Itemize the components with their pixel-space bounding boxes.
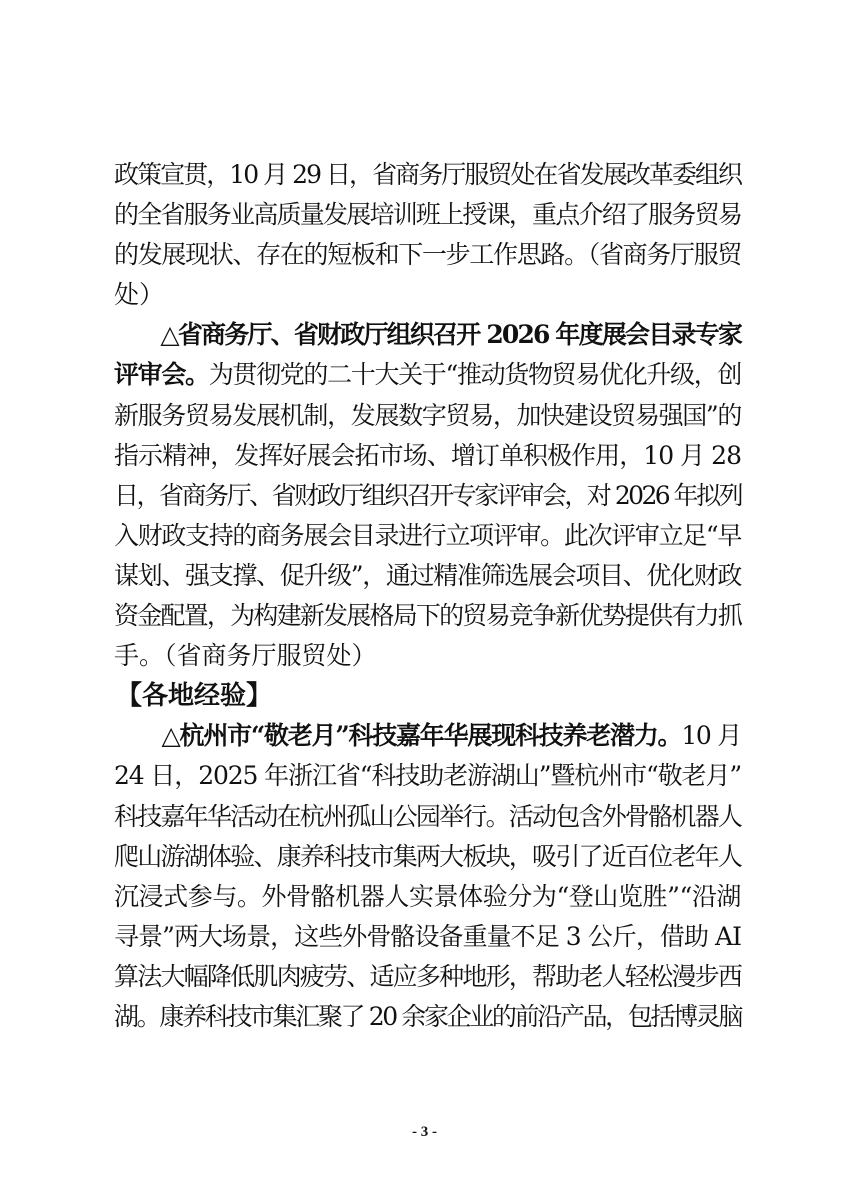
paragraph-line: 科技嘉年华活动在杭州孤山公园举行。活动包含外骨骼机器人 <box>114 797 741 837</box>
paragraph-line: 新服务贸易发展机制，发展数字贸易，加快建设贸易强国”的 <box>114 396 741 436</box>
paragraph-line: 湖。康养科技市集汇聚了 20 余家企业的前沿产品，包括博灵脑 <box>114 997 741 1037</box>
body-text: 爬山游湖体验、康养科技市集两大板块，吸引了近百位老年人 <box>114 842 741 871</box>
section-heading: 【各地经验】 <box>116 676 741 716</box>
page-number: - 3 - <box>0 1124 849 1141</box>
paragraph-line: 资金配置，为构建新发展格局下的贸易竞争新优势提供有力抓 <box>114 596 741 636</box>
body-text: 湖。康养科技市集汇聚了 20 余家企业的前沿产品，包括博灵脑 <box>114 1002 741 1031</box>
paragraph-line: 政策宣贯，10 月 29 日，省商务厅服贸处在省发展改革委组织 <box>114 155 741 195</box>
paragraph-line: △杭州市“敬老月”科技嘉年华展现科技养老潜力。10 月 <box>114 716 741 756</box>
paragraph-line: △省商务厅、省财政厅组织召开 2026 年度展会目录专家 <box>114 315 741 355</box>
body-text: 的全省服务业高质量发展培训班上授课，重点介绍了服务贸易 <box>114 200 741 229</box>
body-text: 24 日，2025 年浙江省“科技助老游湖山”暨杭州市“敬老月” <box>114 761 741 790</box>
paragraph-line: 手。（省商务厅服贸处） <box>114 636 741 676</box>
paragraph-line: 评审会。为贯彻党的二十大关于“推动货物贸易优化升级，创 <box>114 355 741 395</box>
body-text: 指示精神，发挥好展会拓市场、增订单积极作用，10 月 28 <box>114 441 741 470</box>
body-text: 日，省商务厅、省财政厅组织召开专家评审会，对 2026 年拟列 <box>114 481 741 510</box>
body-text: 政策宣贯，10 月 29 日，省商务厅服贸处在省发展改革委组织 <box>114 160 741 189</box>
paragraph-line: 谋划、强支撑、促升级”，通过精准筛选展会项目、优化财政 <box>114 556 741 596</box>
body-text: 入财政支持的商务展会目录进行立项评审。此次评审立足“早 <box>114 521 741 550</box>
document-body: 政策宣贯，10 月 29 日，省商务厅服贸处在省发展改革委组织的全省服务业高质量… <box>114 155 741 1037</box>
document-page: 政策宣贯，10 月 29 日，省商务厅服贸处在省发展改革委组织的全省服务业高质量… <box>0 0 849 1200</box>
body-text: 沉浸式参与。外骨骼机器人实景体验分为“登山览胜”“沿湖 <box>114 882 741 911</box>
body-text: 谋划、强支撑、促升级”，通过精准筛选展会项目、优化财政 <box>114 561 741 590</box>
body-text: 手。（省商务厅服贸处） <box>114 641 377 670</box>
body-text: 资金配置，为构建新发展格局下的贸易竞争新优势提供有力抓 <box>114 601 741 630</box>
paragraph-line: 处） <box>114 275 741 315</box>
body-text: 10 月 <box>681 721 741 750</box>
paragraph-line: 24 日，2025 年浙江省“科技助老游湖山”暨杭州市“敬老月” <box>114 756 741 796</box>
paragraph-line: 指示精神，发挥好展会拓市场、增订单积极作用，10 月 28 <box>114 436 741 476</box>
body-text: 寻景”两大场景，这些外骨骼设备重量不足 3 公斤，借助 AI <box>114 922 741 951</box>
body-text: 为贯彻党的二十大关于“推动货物贸易优化升级，创 <box>209 360 741 389</box>
item-title-text: △杭州市“敬老月”科技嘉年华展现科技养老潜力。 <box>114 721 681 750</box>
paragraph-line: 的发展现状、存在的短板和下一步工作思路。（省商务厅服贸 <box>114 235 741 275</box>
paragraph-line: 的全省服务业高质量发展培训班上授课，重点介绍了服务贸易 <box>114 195 741 235</box>
body-text: 算法大幅降低肌肉疲劳、适应多种地形，帮助老人轻松漫步西 <box>114 962 741 991</box>
paragraph-line: 算法大幅降低肌肉疲劳、适应多种地形，帮助老人轻松漫步西 <box>114 957 741 997</box>
paragraph-line: 寻景”两大场景，这些外骨骼设备重量不足 3 公斤，借助 AI <box>114 917 741 957</box>
body-text: 的发展现状、存在的短板和下一步工作思路。（省商务厅服贸 <box>114 240 741 269</box>
body-text: 新服务贸易发展机制，发展数字贸易，加快建设贸易强国”的 <box>114 401 741 430</box>
paragraph-line: 入财政支持的商务展会目录进行立项评审。此次评审立足“早 <box>114 516 741 556</box>
paragraph-line: 爬山游湖体验、康养科技市集两大板块，吸引了近百位老年人 <box>114 837 741 877</box>
paragraph-line: 沉浸式参与。外骨骼机器人实景体验分为“登山览胜”“沿湖 <box>114 877 741 917</box>
item-title-text: 评审会。 <box>114 360 209 389</box>
item-title-text: △省商务厅、省财政厅组织召开 2026 年度展会目录专家 <box>114 320 741 349</box>
paragraph-line: 日，省商务厅、省财政厅组织召开专家评审会，对 2026 年拟列 <box>114 476 741 516</box>
body-text: 科技嘉年华活动在杭州孤山公园举行。活动包含外骨骼机器人 <box>114 802 741 831</box>
body-text: 处） <box>114 280 164 309</box>
